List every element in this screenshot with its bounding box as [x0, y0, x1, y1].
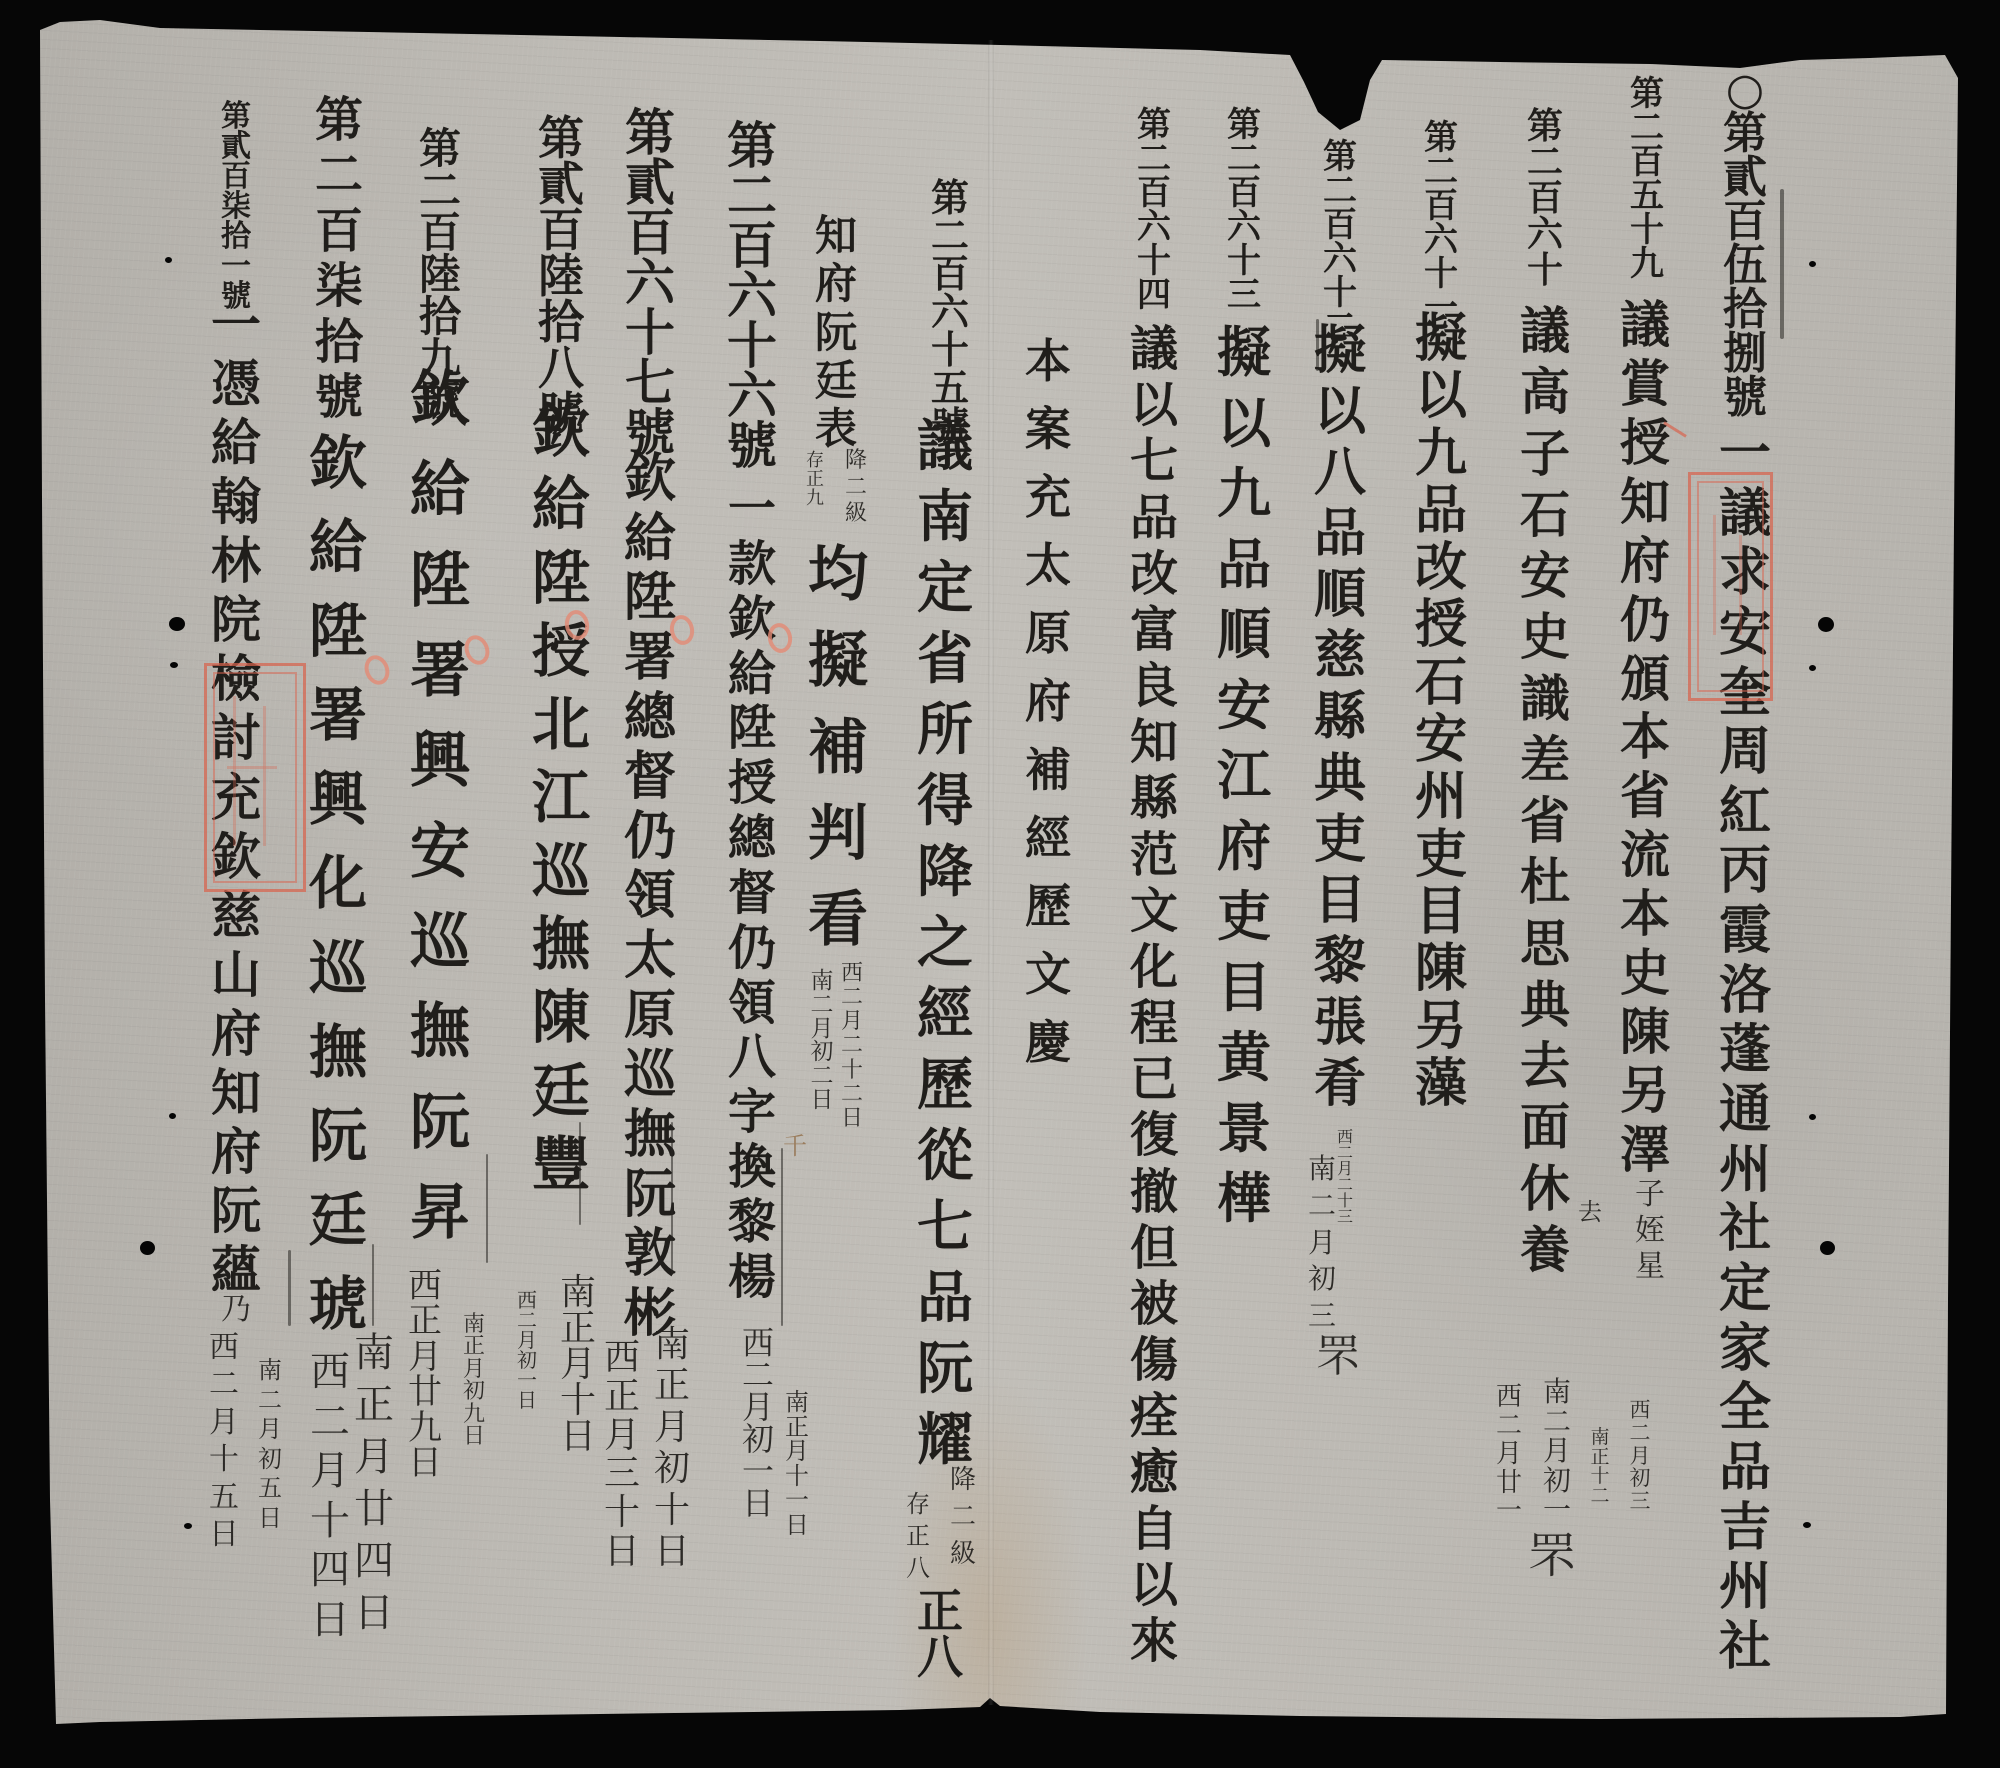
glyph: 星 [1635, 1252, 1665, 1282]
entry-number: 第二百柒拾號 [312, 96, 366, 421]
glyph: 五 [258, 1476, 282, 1500]
glyph: 縣 [1314, 691, 1366, 743]
glyph: 省 [1520, 796, 1570, 846]
glyph: 擬 [808, 631, 868, 691]
glyph: 陸 [419, 254, 461, 296]
entry-text: 擬以九品順安江府吏目黄景樺 [1213, 325, 1275, 1225]
glyph: 太 [624, 930, 676, 982]
glyph: 總 [624, 692, 676, 744]
glyph: 陞 [532, 549, 590, 607]
glyph: 肴 [1314, 1058, 1366, 1110]
glyph: 北 [532, 695, 590, 753]
glyph: 以 [1217, 396, 1271, 450]
glyph: 二 [845, 477, 867, 499]
glyph: 陞 [728, 704, 776, 752]
glyph: 仍 [624, 811, 676, 863]
glyph: 定 [917, 560, 973, 616]
glyph: 給 [410, 460, 470, 520]
glyph: 領 [728, 979, 776, 1027]
glyph: 二 [1424, 155, 1458, 189]
glyph: 改 [1130, 550, 1178, 598]
seal-inner-border [213, 672, 297, 883]
date-southern: 南正月廿四日 [351, 1333, 397, 1633]
glyph: 興 [410, 731, 470, 791]
glyph: 補 [808, 718, 868, 778]
glyph: 省 [917, 631, 973, 687]
glyph: 拾 [538, 299, 584, 345]
glyph: 百 [1137, 176, 1171, 210]
entry-text: 一款欽給陞授總督仍領八字換黎楊 [724, 485, 780, 1301]
glyph: 給 [728, 650, 776, 698]
punch-hole [1803, 1522, 1811, 1528]
glyph: 二 [310, 1402, 350, 1442]
glyph: 日 [258, 1506, 282, 1530]
glyph: 日 [517, 1390, 537, 1410]
glyph: 月 [654, 1410, 690, 1446]
glyph: 補 [1025, 747, 1071, 793]
glyph: 安 [1520, 551, 1570, 601]
glyph: 貳 [538, 161, 584, 207]
glyph: 南 [1543, 1378, 1571, 1406]
glyph: 正 [354, 1385, 394, 1425]
glyph: 傷 [1130, 1336, 1178, 1384]
glyph: 翰 [211, 477, 261, 527]
glyph: 歷 [917, 1057, 973, 1113]
glyph: 案 [1025, 406, 1071, 452]
glyph: 十 [209, 1445, 239, 1475]
punch-hole [1820, 1241, 1835, 1255]
glyph: 昇 [410, 1183, 470, 1243]
glyph: 澤 [1620, 1125, 1670, 1175]
glyph: 一 [221, 252, 251, 282]
annotation: 罘 [1524, 1532, 1580, 1588]
glyph: 以 [1130, 381, 1178, 429]
glyph: 六 [625, 258, 675, 308]
glyph: 黎 [728, 1198, 776, 1246]
glyph: 程 [1130, 999, 1178, 1047]
glyph: 領 [624, 870, 676, 922]
glyph: 二 [209, 1370, 239, 1400]
entry-number: ○第貳百伍拾捌號 [1720, 68, 1770, 420]
glyph: 擬 [1314, 325, 1366, 377]
glyph: 貳 [625, 158, 675, 208]
date-southern: 南正月十日 [557, 1275, 599, 1435]
glyph: 霞 [1719, 905, 1771, 957]
glyph: 日 [310, 1600, 350, 1640]
center-fold-crease [988, 40, 994, 1705]
glyph: 經 [1025, 815, 1071, 861]
glyph: 琥 [309, 1275, 367, 1333]
glyph: 初 [742, 1423, 774, 1455]
date-western: 西二月二十二日 [839, 963, 865, 1130]
glyph: 州 [1719, 1144, 1771, 1196]
glyph: 號 [1723, 376, 1767, 420]
glyph: 第 [1424, 121, 1458, 155]
glyph: 正 [560, 1311, 596, 1347]
glyph: 癒 [1130, 1448, 1178, 1496]
glyph: 級 [845, 503, 867, 525]
glyph: 之 [917, 915, 973, 971]
glyph: 月 [841, 1011, 863, 1033]
seal-glyph-stroke [233, 696, 236, 846]
glyph: 樺 [1217, 1171, 1271, 1225]
glyph: 陳 [1620, 1007, 1670, 1057]
glyph: 史 [1620, 948, 1670, 998]
glyph: 知 [1130, 718, 1178, 766]
glyph: 自 [1130, 1505, 1178, 1553]
glyph: 四 [1137, 278, 1171, 312]
glyph: 六 [727, 271, 777, 321]
glyph: 三 [1227, 278, 1261, 312]
glyph: 降 [845, 450, 867, 472]
glyph: 欽 [532, 402, 590, 460]
glyph: 丙 [1719, 845, 1771, 897]
glyph: 知 [815, 215, 857, 257]
glyph: 擬 [1415, 313, 1467, 365]
glyph: 高 [1520, 367, 1570, 417]
glyph: 阮 [815, 312, 857, 354]
glyph: 十 [727, 321, 777, 371]
glyph: 日 [463, 1426, 485, 1448]
glyph: 改 [1415, 542, 1467, 594]
entry-number: 第貳百六十七號 [621, 108, 679, 434]
glyph: 二 [1137, 142, 1171, 176]
glyph: 九 [463, 1404, 485, 1426]
glyph: 洛 [1719, 965, 1771, 1017]
glyph: 第 [1723, 112, 1767, 156]
glyph: 九 [408, 1411, 442, 1445]
date-southern: 南正月十一日 [783, 1390, 811, 1537]
glyph: 初 [811, 1041, 834, 1064]
glyph: 十 [1527, 252, 1563, 288]
glyph: 擬 [1217, 325, 1271, 379]
glyph: 黄 [1217, 1030, 1271, 1084]
entry-text: 擬以八品順慈縣典吏目黎張肴 [1310, 325, 1370, 1110]
glyph: 廿 [408, 1375, 442, 1409]
glyph: 蘊 [211, 1245, 261, 1295]
glyph: 休 [1520, 1164, 1570, 1214]
entry-number: 第二百六十 [1524, 108, 1566, 287]
glyph: 月 [560, 1347, 596, 1383]
glyph: 百 [315, 207, 363, 255]
date-western: 西正月三十日 [601, 1340, 643, 1570]
glyph: 另 [1415, 1001, 1467, 1053]
glyph: 百 [625, 208, 675, 258]
glyph: 二 [419, 170, 461, 212]
glyph: 第 [315, 96, 363, 144]
glyph: 第 [419, 128, 461, 170]
glyph: 憑 [211, 359, 261, 409]
glyph: 二 [811, 1065, 834, 1088]
glyph: 二 [950, 1504, 976, 1530]
red-seal-stamp-right [1688, 472, 1773, 701]
glyph: 二 [1323, 174, 1357, 208]
glyph: 巡 [309, 939, 367, 997]
glyph: 月 [408, 1340, 442, 1374]
seal-glyph-stroke [1739, 535, 1742, 635]
glyph: 六 [727, 371, 777, 421]
glyph: 欽 [624, 453, 676, 505]
glyph: 周 [1719, 726, 1771, 778]
glyph: 七 [1130, 437, 1178, 485]
glyph: 文 [1130, 887, 1178, 935]
entry-number: 第二百六十一 [1421, 121, 1461, 293]
annotation: 罘 [1312, 1335, 1364, 1391]
glyph: 六 [1424, 223, 1458, 257]
glyph: 十 [785, 1464, 809, 1488]
edit-mark-line [288, 1250, 291, 1326]
glyph: 百 [221, 162, 251, 192]
glyph: 第 [1137, 108, 1171, 142]
date-western: 西二月初一日 [515, 1290, 539, 1405]
glyph: 百 [1424, 189, 1458, 223]
punch-hole [1809, 665, 1816, 671]
entry-number: 第二百六十五號 [928, 179, 972, 415]
glyph: 二 [1630, 1423, 1651, 1444]
date-western: 西二月初一日 [739, 1327, 777, 1505]
glyph: 南 [560, 1275, 596, 1311]
glyph: 南 [654, 1327, 690, 1363]
entry-text: 議高子石安史識差省杜思典去面休養 [1516, 306, 1574, 1275]
glyph: 識 [1520, 674, 1570, 724]
glyph: 品 [1314, 508, 1366, 560]
entry-text: 議以七品改富良知縣范文化程已復撤但被傷痊癒自以來 [1126, 325, 1182, 1665]
glyph: 撫 [624, 1109, 676, 1161]
glyph: 一 [517, 1370, 537, 1390]
entry-number: 第二百六十六號 [723, 121, 781, 466]
glyph: 署 [624, 632, 676, 684]
glyph: 授 [1415, 599, 1467, 651]
glyph: 目 [1314, 875, 1366, 927]
glyph: 一 [211, 300, 261, 350]
glyph: 江 [532, 768, 590, 826]
punch-hole [1809, 1114, 1816, 1120]
glyph: 家 [1719, 1323, 1771, 1375]
glyph: 通 [1719, 1084, 1771, 1136]
glyph: 十 [1424, 257, 1458, 291]
glyph: 黎 [1314, 936, 1366, 988]
glyph: 姪 [1635, 1216, 1665, 1246]
punch-hole [184, 1523, 192, 1529]
glyph: 第 [221, 102, 251, 132]
punch-hole [169, 1113, 176, 1119]
glyph: 縣 [1130, 774, 1178, 822]
annotation: 乃 [219, 1295, 253, 1331]
punch-hole [165, 257, 172, 263]
glyph: 品 [1130, 494, 1178, 542]
glyph: 三 [1308, 1302, 1336, 1330]
glyph: 給 [309, 518, 367, 576]
glyph: 順 [1217, 607, 1271, 661]
glyph: 均 [808, 545, 868, 605]
glyph: 欽 [309, 434, 367, 492]
glyph: 二 [258, 1388, 282, 1412]
glyph: 一 [1496, 1498, 1522, 1524]
glyph: 蓬 [1719, 1024, 1771, 1076]
glyph: 石 [1520, 490, 1570, 540]
glyph: 西 [517, 1290, 537, 1310]
glyph: 府 [815, 263, 857, 305]
glyph: 被 [1130, 1280, 1178, 1328]
glyph: 二 [517, 1310, 537, 1330]
glyph: 敦 [624, 1228, 676, 1280]
glyph: 六 [931, 293, 969, 331]
glyph: 九 [1217, 466, 1271, 520]
glyph: 安 [1415, 714, 1467, 766]
glyph: 十 [1323, 276, 1357, 310]
glyph: 日 [654, 1534, 690, 1570]
glyph: 七 [625, 358, 675, 408]
glyph: 以 [1130, 1561, 1178, 1609]
glyph: 西 [604, 1340, 640, 1376]
glyph: 四 [310, 1550, 350, 1590]
glyph: 廿 [354, 1489, 394, 1529]
edit-mark-line [372, 1244, 374, 1326]
glyph: 吏 [1415, 829, 1467, 881]
glyph: 經 [917, 986, 973, 1042]
glyph: 品 [917, 1270, 973, 1326]
glyph: 史 [1520, 612, 1570, 662]
entry-number: 第二百六十二 [1320, 140, 1360, 306]
glyph: 撫 [410, 1002, 470, 1062]
glyph: 以 [1314, 386, 1366, 438]
glyph: 差 [1520, 735, 1570, 785]
glyph: 目 [1217, 960, 1271, 1014]
punch-hole [170, 662, 178, 668]
glyph: 巡 [532, 842, 590, 900]
glyph: 富 [1130, 606, 1178, 654]
punch-hole [1818, 617, 1834, 632]
glyph: 品 [1217, 537, 1271, 591]
glyph: 山 [211, 950, 261, 1000]
glyph: 子 [1635, 1180, 1665, 1210]
glyph: 州 [1719, 1561, 1771, 1613]
glyph: 本 [1620, 889, 1670, 939]
glyph: 以 [1415, 370, 1467, 422]
glyph: 百 [1630, 145, 1664, 179]
date-southern: 南二月初二日 [808, 970, 836, 1112]
glyph: 興 [309, 770, 367, 828]
glyph: 另 [1620, 1066, 1670, 1116]
glyph: 第 [538, 115, 584, 161]
edit-mark-line [671, 1122, 673, 1275]
glyph: 陞 [624, 572, 676, 624]
glyph: 全 [1719, 1382, 1771, 1434]
glyph: 三 [604, 1456, 640, 1492]
glyph: 張 [1314, 997, 1366, 1049]
glyph: 第 [1527, 108, 1563, 144]
glyph: 月 [1543, 1437, 1571, 1465]
glyph: 二 [1590, 1487, 1609, 1506]
glyph: 二 [742, 1359, 774, 1391]
glyph: 安 [410, 822, 470, 882]
glyph: 十 [1227, 244, 1261, 278]
brown-marginal-mark: 千 [783, 1126, 807, 1161]
glyph: 面 [1520, 1102, 1570, 1152]
date-western: 西二月十四日 [307, 1352, 353, 1640]
glyph: 西 [1496, 1384, 1522, 1410]
glyph: 初 [463, 1381, 485, 1403]
glyph: 吏 [1217, 889, 1271, 943]
glyph: 十 [604, 1495, 640, 1531]
glyph: 督 [624, 751, 676, 803]
glyph: 月 [463, 1359, 485, 1381]
glyph: 一 [1543, 1496, 1571, 1524]
glyph: 二 [841, 1084, 863, 1106]
glyph: 初 [654, 1451, 690, 1487]
glyph: 正 [1590, 1448, 1609, 1467]
glyph: 月 [811, 1018, 834, 1041]
glyph: 來 [1130, 1617, 1178, 1665]
glyph: 南 [1308, 1155, 1336, 1183]
glyph: 款 [728, 540, 776, 588]
entry-number: 第二百六十三 [1224, 108, 1264, 293]
glyph: 西 [310, 1352, 350, 1392]
glyph: 范 [1130, 831, 1178, 879]
glyph: 月 [604, 1418, 640, 1454]
glyph: 署 [410, 641, 470, 701]
glyph: 廷 [309, 1191, 367, 1249]
entry-number: 第貳百陸拾八號 [534, 115, 588, 383]
glyph: 字 [728, 1088, 776, 1136]
glyph: 廿 [1496, 1470, 1522, 1496]
glyph: 得 [917, 773, 973, 829]
glyph: 六 [1323, 242, 1357, 276]
glyph: 罘 [1528, 1532, 1576, 1580]
seal-glyph-stroke [227, 766, 277, 769]
glyph: 二 [1527, 144, 1563, 180]
glyph: 府 [211, 1009, 261, 1059]
glyph: 但 [1130, 1224, 1178, 1272]
glyph: 安 [1217, 678, 1271, 732]
glyph: 日 [604, 1534, 640, 1570]
edit-mark-line [1780, 189, 1784, 339]
entry-text: 擬以九品改授石安州吏目陳另藻 [1411, 313, 1471, 1110]
glyph: 慶 [1025, 1019, 1071, 1065]
glyph: 西 [408, 1269, 442, 1303]
glyph: 拾 [315, 318, 363, 366]
glyph: 督 [728, 869, 776, 917]
glyph: 三 [1630, 1491, 1651, 1512]
glyph: 給 [211, 418, 261, 468]
glyph: 總 [728, 814, 776, 862]
glyph: 去 [1578, 1200, 1602, 1224]
glyph: 月 [209, 1408, 239, 1438]
glyph: 本 [1620, 712, 1670, 762]
glyph: 西 [742, 1327, 774, 1359]
glyph: 阮 [309, 1107, 367, 1165]
glyph: 十 [1137, 244, 1171, 278]
entry-text: 均擬補判看 [803, 545, 873, 950]
glyph: 第 [1323, 140, 1357, 174]
glyph: 巡 [624, 1049, 676, 1101]
glyph: 南 [811, 970, 834, 993]
annotation: 子姪星 [1633, 1180, 1667, 1282]
glyph: 欽 [410, 370, 470, 430]
glyph: 九 [806, 490, 824, 508]
date-southern: 南二月初一 [1540, 1378, 1574, 1524]
glyph: 百 [1323, 208, 1357, 242]
glyph: 廷 [532, 1062, 590, 1120]
glyph: 乃 [221, 1295, 251, 1325]
date-southern: 南正十二 [1588, 1428, 1612, 1506]
glyph: 日 [841, 1108, 863, 1130]
glyph: 授 [728, 759, 776, 807]
glyph: 三 [1337, 1209, 1353, 1225]
glyph: 二 [1630, 111, 1664, 145]
glyph: 月 [742, 1391, 774, 1423]
glyph: 賞 [1620, 359, 1670, 409]
